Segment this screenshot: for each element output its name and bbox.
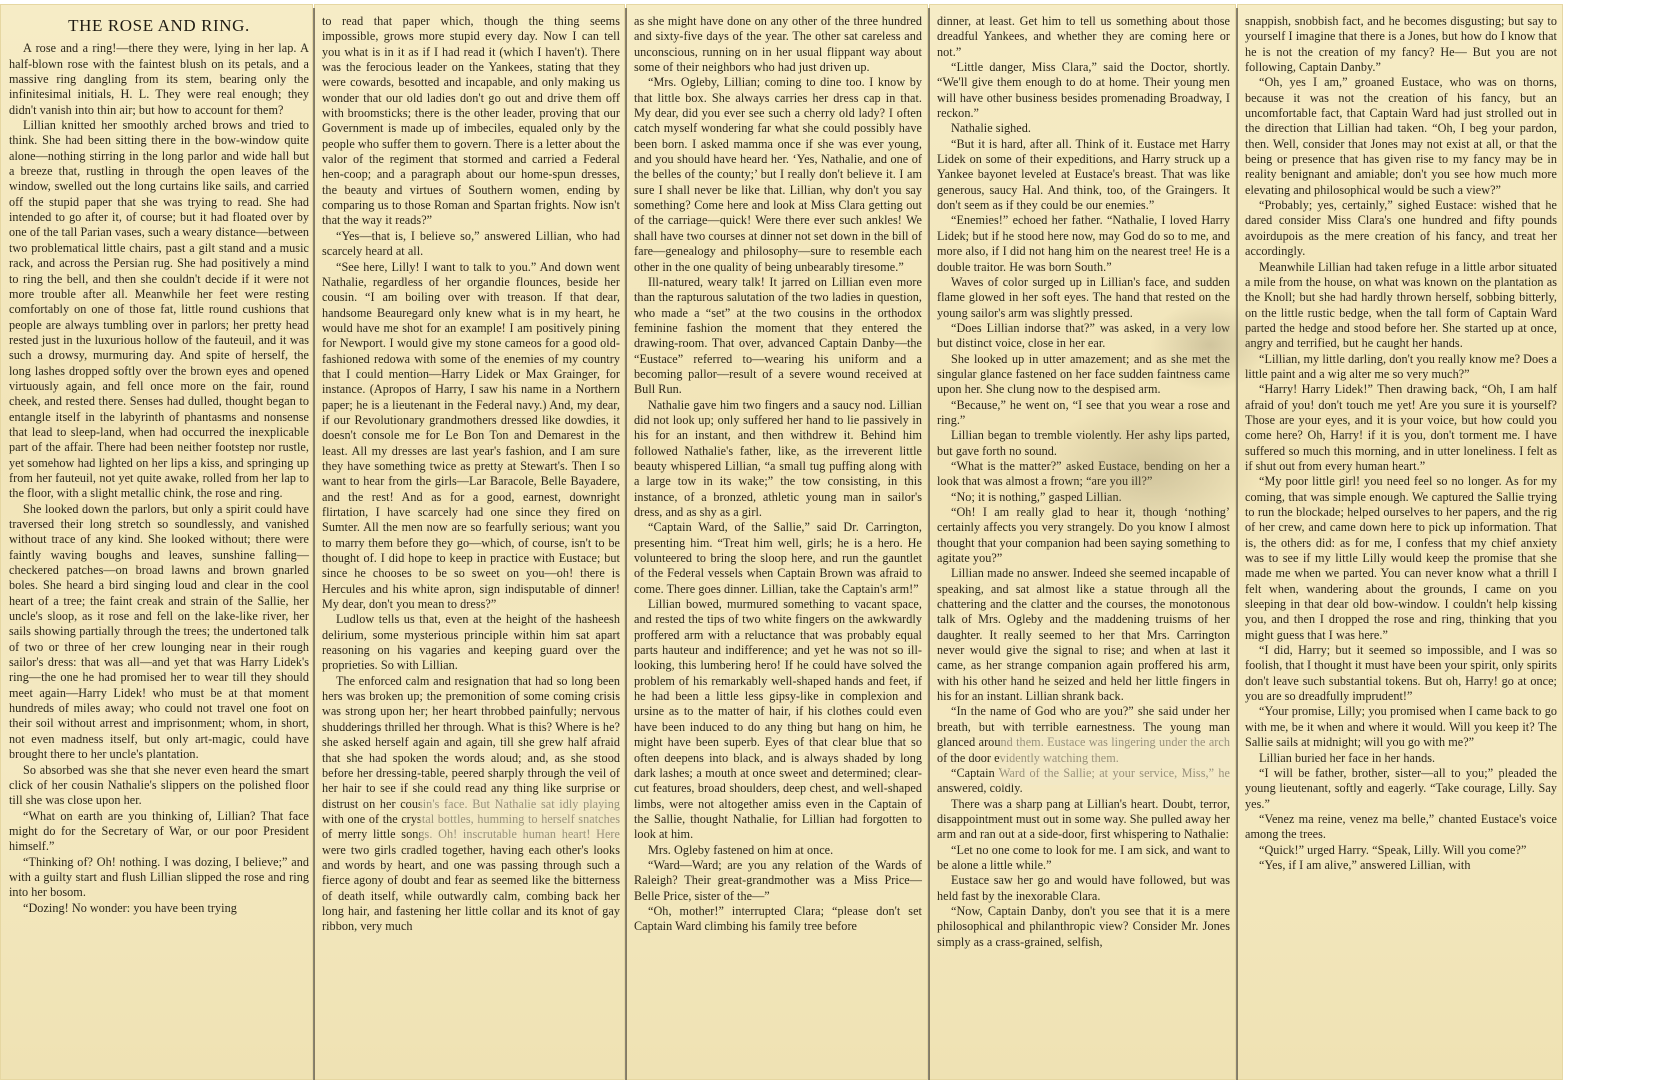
paragraph: Meanwhile Lillian had taken refuge in a … xyxy=(1245,260,1557,352)
paragraph: “Quick!” urged Harry. “Speak, Lilly. Wil… xyxy=(1245,843,1557,858)
paragraph: “Probably; yes, certainly,” sighed Eusta… xyxy=(1245,198,1557,259)
paragraph: dinner, at least. Get him to tell us som… xyxy=(937,14,1230,60)
paragraph: “Does Lillian indorse that?” was asked, … xyxy=(937,321,1230,352)
paragraph: “Yes—that is, I believe so,” answered Li… xyxy=(322,229,620,260)
paragraph: Nathalie sighed. xyxy=(937,121,1230,136)
paragraph: Waves of color surged up in Lillian's fa… xyxy=(937,275,1230,321)
paragraph: “No; it is nothing,” gasped Lillian. xyxy=(937,490,1230,505)
paragraph: “Little danger, Miss Clara,” said the Do… xyxy=(937,60,1230,121)
article-column-1: THE ROSE AND RING. A rose and a ring!—th… xyxy=(9,14,309,916)
paragraph: The enforced calm and resignation that h… xyxy=(322,674,620,935)
paragraph: Ludlow tells us that, even at the height… xyxy=(322,612,620,673)
paragraph: Nathalie gave him two fingers and a sauc… xyxy=(634,398,922,521)
paragraph: Mrs. Ogleby fastened on him at once. xyxy=(634,843,922,858)
paragraph: “My poor little girl! you need feel so n… xyxy=(1245,474,1557,643)
paragraph: “Now, Captain Danby, don't you see that … xyxy=(937,904,1230,950)
paragraph: “But it is hard, after all. Think of it.… xyxy=(937,137,1230,214)
paragraph: “Because,” he went on, “I see that you w… xyxy=(937,398,1230,429)
paragraph: to read that paper which, though the thi… xyxy=(322,14,620,229)
paragraph: Lillian began to tremble violently. Her … xyxy=(937,428,1230,459)
paragraph: “What on earth are you thinking of, Lill… xyxy=(9,809,309,855)
column-rule xyxy=(313,8,315,1080)
article-column-5: snappish, snobbish fact, and he becomes … xyxy=(1245,14,1557,873)
newspaper-clipping: THE ROSE AND RING. A rose and a ring!—th… xyxy=(0,0,1667,1080)
article-column-2: to read that paper which, though the thi… xyxy=(322,14,620,935)
column-rule xyxy=(625,8,627,1080)
paragraph: “In the name of God who are you?” she sa… xyxy=(937,704,1230,765)
paragraph: A rose and a ring!—there they were, lyin… xyxy=(9,41,309,118)
paragraph: “Venez ma reine, venez ma belle,” chante… xyxy=(1245,812,1557,843)
column-rule xyxy=(1236,8,1238,1080)
paragraph: “Oh! I am really glad to hear it, though… xyxy=(937,505,1230,566)
paragraph: Lillian bowed, murmured something to vac… xyxy=(634,597,922,843)
paragraph: “Your promise, Lilly; you promised when … xyxy=(1245,704,1557,750)
paragraph: “Dozing! No wonder: you have been trying xyxy=(9,901,309,916)
paragraph: She looked up in utter amazement; and as… xyxy=(937,352,1230,398)
article-title: THE ROSE AND RING. xyxy=(9,18,309,33)
article-column-3: as she might have done on any other of t… xyxy=(634,14,922,935)
paragraph: Ill-natured, weary talk! It jarred on Li… xyxy=(634,275,922,398)
paragraph: “Yes, if I am alive,” answered Lillian, … xyxy=(1245,858,1557,873)
paragraph: “Oh, mother!” interrupted Clara; “please… xyxy=(634,904,922,935)
paragraph: “Harry! Harry Lidek!” Then drawing back,… xyxy=(1245,382,1557,474)
paragraph: “Captain Ward, of the Sallie,” said Dr. … xyxy=(634,520,922,597)
paragraph: “I did, Harry; but it seemed so impossib… xyxy=(1245,643,1557,704)
paragraph: snappish, snobbish fact, and he becomes … xyxy=(1245,14,1557,75)
paragraph: “Let no one come to look for me. I am si… xyxy=(937,843,1230,874)
paragraph: There was a sharp pang at Lillian's hear… xyxy=(937,797,1230,843)
paragraph: She looked down the parlors, but only a … xyxy=(9,502,309,763)
paragraph: Lillian made no answer. Indeed she seeme… xyxy=(937,566,1230,704)
paragraph: “Thinking of? Oh! nothing. I was dozing,… xyxy=(9,855,309,901)
paragraph: “Enemies!” echoed her father. “Nathalie,… xyxy=(937,213,1230,274)
paragraph: as she might have done on any other of t… xyxy=(634,14,922,75)
paragraph: Lillian knitted her smoothly arched brow… xyxy=(9,118,309,502)
paragraph: Lillian buried her face in her hands. xyxy=(1245,751,1557,766)
paragraph: “Captain Ward of the Sallie; at your ser… xyxy=(937,766,1230,797)
paragraph: So absorbed was she that she never even … xyxy=(9,763,309,809)
paragraph: “Oh, yes I am,” groaned Eustace, who was… xyxy=(1245,75,1557,198)
paragraph: “Lillian, my little darling, don't you r… xyxy=(1245,352,1557,383)
article-column-4: dinner, at least. Get him to tell us som… xyxy=(937,14,1230,950)
column-rule xyxy=(928,8,930,1080)
paragraph: “I will be father, brother, sister—all t… xyxy=(1245,766,1557,812)
paragraph: “What is the matter?” asked Eustace, ben… xyxy=(937,459,1230,490)
paragraph: “Ward—Ward; are you any relation of the … xyxy=(634,858,922,904)
paragraph: “Mrs. Ogleby, Lillian; coming to dine to… xyxy=(634,75,922,274)
paragraph: Eustace saw her go and would have follow… xyxy=(937,873,1230,904)
paragraph: “See here, Lilly! I want to talk to you.… xyxy=(322,260,620,613)
